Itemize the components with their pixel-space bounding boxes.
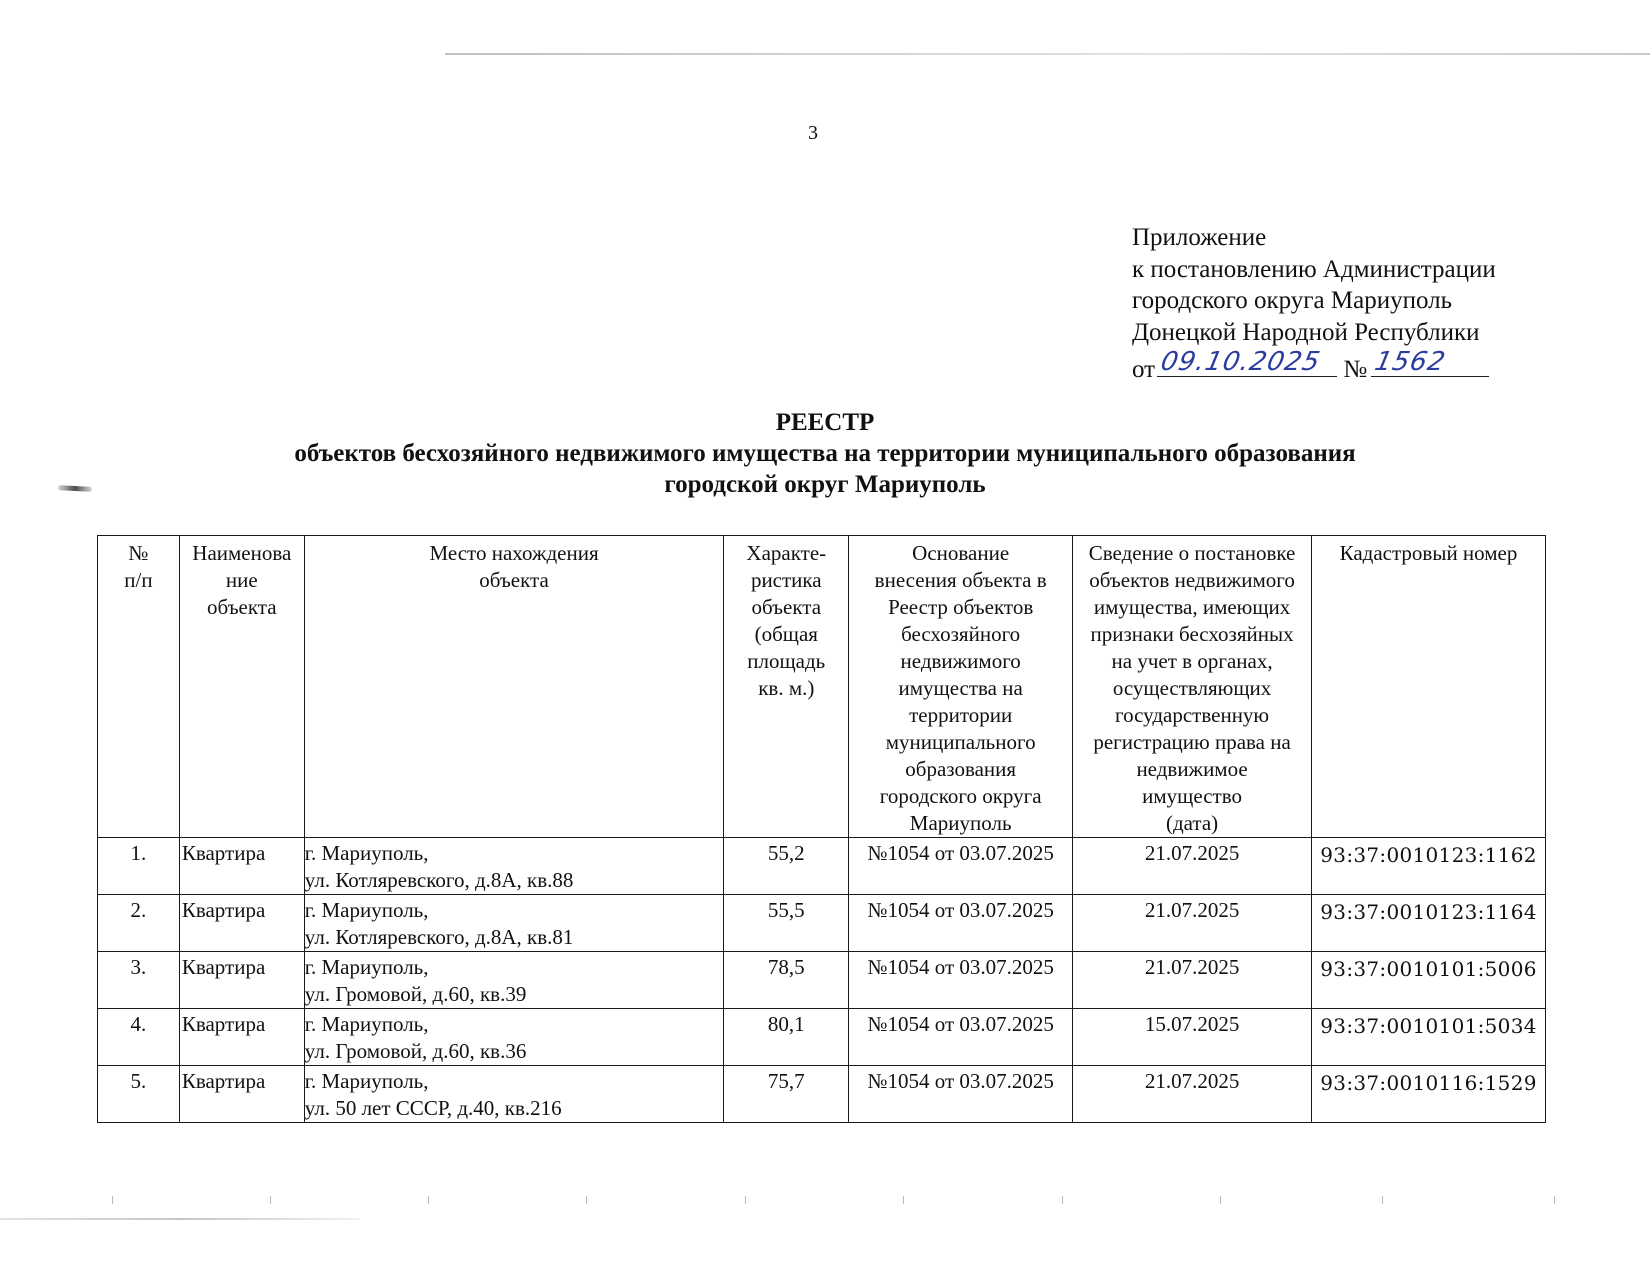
table-row: 3. Квартира г. Мариуполь,ул. Громовой, д… xyxy=(98,952,1546,1009)
handwritten-number: 1562 xyxy=(1372,347,1449,379)
cell-area: 75,7 xyxy=(724,1066,849,1123)
table-row: 2. Квартира г. Мариуполь,ул. Котляревско… xyxy=(98,895,1546,952)
address-city: г. Мариуполь, xyxy=(305,1011,724,1038)
header-line: городского округа xyxy=(849,783,1072,810)
title-subtitle: объектов бесхозяйного недвижимого имущес… xyxy=(0,438,1650,469)
address-street: ул. Громовой, д.60, кв.36 xyxy=(305,1038,724,1065)
address-street: ул. Котляревского, д.8А, кв.88 xyxy=(305,867,724,894)
address-street: ул. Громовой, д.60, кв.39 xyxy=(305,981,724,1008)
header-line: объекта xyxy=(305,567,724,594)
cell-registration-date: 21.07.2025 xyxy=(1073,1066,1312,1123)
address-street: ул. Котляревского, д.8А, кв.81 xyxy=(305,924,724,951)
cell-cadastral: 93:37:0010123:1164 xyxy=(1312,895,1546,952)
cell-cadastral: 93:37:0010123:1162 xyxy=(1312,838,1546,895)
header-num: №п/п xyxy=(98,536,180,838)
header-line: объекта xyxy=(724,594,848,621)
header-line: образования xyxy=(849,756,1072,783)
header-line: Сведение о постановке xyxy=(1073,540,1311,567)
registry-table: №п/п Наименованиеобъекта Место нахождени… xyxy=(97,535,1546,1123)
header-line: Основание xyxy=(849,540,1072,567)
header-line: на учет в органах, xyxy=(1073,648,1311,675)
cell-basis: №1054 от 03.07.2025 xyxy=(849,895,1073,952)
cell-name: Квартира xyxy=(179,1009,304,1066)
header-name: Наименованиеобъекта xyxy=(179,536,304,838)
header-cadastral: Кадастровый номер xyxy=(1312,536,1546,838)
header-line: объекта xyxy=(180,594,304,621)
cell-num: 3. xyxy=(98,952,180,1009)
handwritten-date: 09.10.2025 xyxy=(1158,347,1324,379)
cell-name: Квартира xyxy=(179,895,304,952)
header-line: территории xyxy=(849,702,1072,729)
scan-artifact-ticks xyxy=(0,1196,1650,1210)
table-row: 5. Квартира г. Мариуполь,ул. 50 лет СССР… xyxy=(98,1066,1546,1123)
header-line: имущество xyxy=(1073,783,1311,810)
cell-registration-date: 21.07.2025 xyxy=(1073,895,1312,952)
address-city: г. Мариуполь, xyxy=(305,954,724,981)
header-line: осуществляющих xyxy=(1073,675,1311,702)
table-header-row: №п/п Наименованиеобъекта Место нахождени… xyxy=(98,536,1546,838)
header-line: недвижимого xyxy=(849,648,1072,675)
cell-registration-date: 21.07.2025 xyxy=(1073,952,1312,1009)
header-line: Наименова xyxy=(180,540,304,567)
cell-location: г. Мариуполь,ул. Котляревского, д.8А, кв… xyxy=(304,838,724,895)
cell-num: 4. xyxy=(98,1009,180,1066)
cell-basis: №1054 от 03.07.2025 xyxy=(849,1066,1073,1123)
address-city: г. Мариуполь, xyxy=(305,1068,724,1095)
number-prefix: № xyxy=(1343,356,1367,383)
cell-basis: №1054 от 03.07.2025 xyxy=(849,838,1073,895)
appendix-line: Приложение xyxy=(1132,222,1496,254)
header-line: имущества, имеющих xyxy=(1073,594,1311,621)
header-line: ристика xyxy=(724,567,848,594)
header-line: регистрацию права на xyxy=(1073,729,1311,756)
title-heading: РЕЕСТР xyxy=(0,407,1650,438)
header-line: Кадастровый номер xyxy=(1312,540,1545,567)
header-line: Место нахождения xyxy=(305,540,724,567)
cell-basis: №1054 от 03.07.2025 xyxy=(849,1009,1073,1066)
cell-cadastral: 93:37:0010116:1529 xyxy=(1312,1066,1546,1123)
header-line: бесхозяйного xyxy=(849,621,1072,648)
table-row: 1. Квартира г. Мариуполь,ул. Котляревско… xyxy=(98,838,1546,895)
address-city: г. Мариуполь, xyxy=(305,840,724,867)
document-title: РЕЕСТР объектов бесхозяйного недвижимого… xyxy=(0,407,1650,500)
cell-location: г. Мариуполь,ул. Громовой, д.60, кв.39 xyxy=(304,952,724,1009)
header-line: ние xyxy=(180,567,304,594)
header-line: государственную xyxy=(1073,702,1311,729)
header-line: (дата) xyxy=(1073,810,1311,837)
cell-registration-date: 15.07.2025 xyxy=(1073,1009,1312,1066)
appendix-line: к постановлению Администрации xyxy=(1132,254,1496,286)
date-field: 09.10.2025 xyxy=(1157,348,1337,377)
cell-num: 2. xyxy=(98,895,180,952)
header-line: муниципального xyxy=(849,729,1072,756)
cell-area: 55,2 xyxy=(724,838,849,895)
cell-cadastral: 93:37:0010101:5034 xyxy=(1312,1009,1546,1066)
appendix-line: городского округа Мариуполь xyxy=(1132,285,1496,317)
cell-area: 78,5 xyxy=(724,952,849,1009)
header-location: Место нахожденияобъекта xyxy=(304,536,724,838)
header-line: Характе- xyxy=(724,540,848,567)
cell-name: Квартира xyxy=(179,838,304,895)
appendix-signature-line: от09.10.2025 №1562 xyxy=(1132,348,1496,386)
header-line: признаки бесхозяйных xyxy=(1073,621,1311,648)
page-number: 3 xyxy=(808,122,818,145)
address-street: ул. 50 лет СССР, д.40, кв.216 xyxy=(305,1095,724,1122)
cell-area: 80,1 xyxy=(724,1009,849,1066)
number-field: 1562 xyxy=(1371,348,1489,377)
title-subtitle: городской округ Мариуполь xyxy=(0,469,1650,500)
date-prefix: от xyxy=(1132,356,1155,383)
header-line: Мариуполь xyxy=(849,810,1072,837)
cell-area: 55,5 xyxy=(724,895,849,952)
header-line: недвижимое xyxy=(1073,756,1311,783)
appendix-line: Донецкой Народной Республики xyxy=(1132,317,1496,349)
header-line: внесения объекта в xyxy=(849,567,1072,594)
cell-num: 1. xyxy=(98,838,180,895)
header-line: площадь xyxy=(724,648,848,675)
cell-name: Квартира xyxy=(179,1066,304,1123)
header-area: Характе-ристикаобъекта(общаяплощадькв. м… xyxy=(724,536,849,838)
header-line: Реестр объектов xyxy=(849,594,1072,621)
cell-registration-date: 21.07.2025 xyxy=(1073,838,1312,895)
header-line: имущества на xyxy=(849,675,1072,702)
appendix-block: Приложение к постановлению Администрации… xyxy=(1132,222,1496,386)
header-registration: Сведение о постановкеобъектов недвижимог… xyxy=(1073,536,1312,838)
scan-artifact-line xyxy=(445,53,1650,55)
header-line: п/п xyxy=(98,567,179,594)
cell-cadastral: 93:37:0010101:5006 xyxy=(1312,952,1546,1009)
header-line: кв. м.) xyxy=(724,675,848,702)
cell-location: г. Мариуполь,ул. Котляревского, д.8А, кв… xyxy=(304,895,724,952)
header-line: (общая xyxy=(724,621,848,648)
table-row: 4. Квартира г. Мариуполь,ул. Громовой, д… xyxy=(98,1009,1546,1066)
cell-location: г. Мариуполь,ул. 50 лет СССР, д.40, кв.2… xyxy=(304,1066,724,1123)
cell-basis: №1054 от 03.07.2025 xyxy=(849,952,1073,1009)
cell-num: 5. xyxy=(98,1066,180,1123)
header-line: № xyxy=(98,540,179,567)
cell-name: Квартира xyxy=(179,952,304,1009)
scan-artifact-line xyxy=(0,1218,360,1220)
cell-location: г. Мариуполь,ул. Громовой, д.60, кв.36 xyxy=(304,1009,724,1066)
header-line: объектов недвижимого xyxy=(1073,567,1311,594)
header-basis: Основаниевнесения объекта вРеестр объект… xyxy=(849,536,1073,838)
address-city: г. Мариуполь, xyxy=(305,897,724,924)
